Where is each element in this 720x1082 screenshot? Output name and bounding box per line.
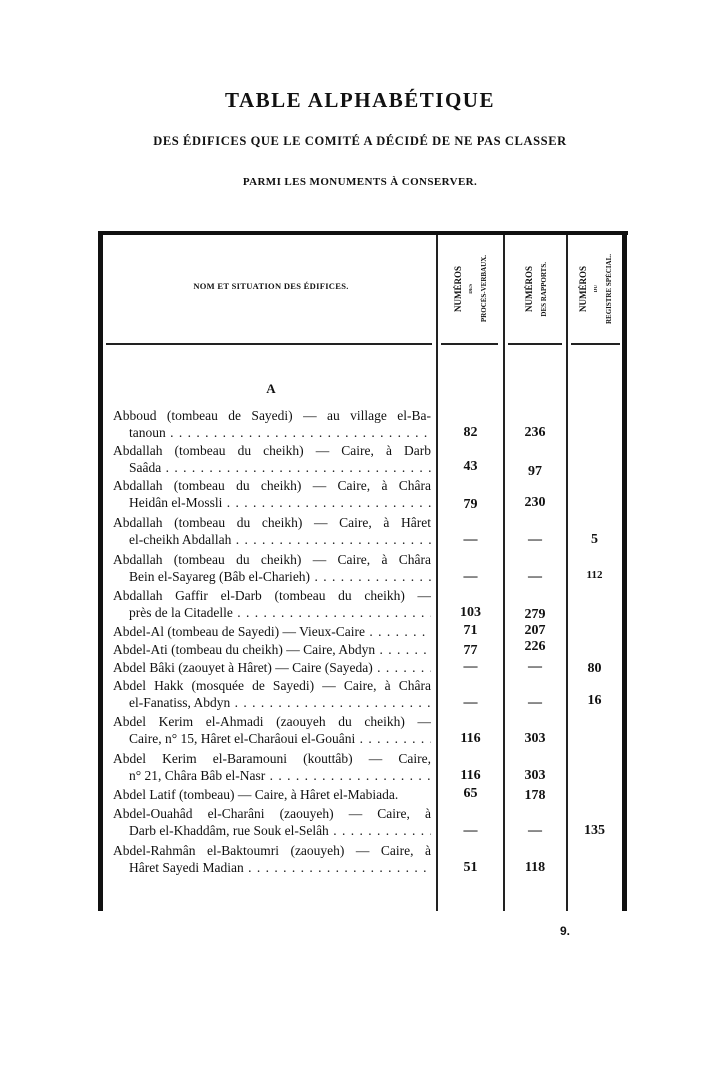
table-border-top	[98, 231, 628, 235]
rapport-number: —	[503, 823, 567, 839]
rapport-number: 230	[503, 495, 567, 511]
entry-location: Heidân el-Mossli	[113, 494, 431, 511]
table-border-right	[622, 231, 627, 911]
entry-location: el-cheikh Abdallah	[113, 531, 431, 548]
entry-name: Abdallah (tombeau du cheikh) — Caire, à …	[113, 551, 431, 568]
header-line: NUMÉROS	[453, 266, 463, 312]
column-header-rapports: NUMÉROS DES RAPPORTS.	[505, 239, 567, 339]
entry-name: Abdel Kerim el-Baramouni (kouttâb) — Cai…	[113, 750, 431, 767]
header-line: DU	[594, 285, 599, 292]
entry-location: Bein el-Sayareg (Bâb el-Charieh)	[113, 568, 431, 585]
header-line: DES RAPPORTS.	[540, 262, 548, 317]
rapport-number: —	[503, 695, 567, 711]
column-header-registre: NUMÉROS DU REGISTRE SPÉCIAL.	[568, 239, 622, 339]
page-subtitle-2: PARMI LES MONUMENTS À CONSERVER.	[0, 176, 720, 188]
page-number: 9.	[560, 924, 570, 938]
proces-verbal-number: 43	[438, 459, 503, 475]
entry-name: Abdel-Ouahâd el-Charâni (zaouyeh) — Cair…	[113, 805, 431, 822]
header-rule	[106, 343, 432, 345]
header-line: DES	[469, 284, 474, 294]
rapport-number: 226	[503, 639, 567, 655]
proces-verbal-number: 51	[438, 860, 503, 876]
rapport-number: —	[503, 569, 567, 585]
proces-verbal-number: 116	[438, 731, 503, 747]
entry-location: Hâret Sayedi Madian	[113, 859, 431, 876]
header-line: REGISTRE SPÉCIAL.	[605, 254, 613, 324]
proces-verbal-number: —	[438, 695, 503, 711]
proces-verbal-number: 77	[438, 643, 503, 659]
header-rule	[441, 343, 498, 345]
entry-name: Abdallah (tombeau du cheikh) — Caire, à …	[113, 477, 431, 494]
entry-location: Saâda	[113, 459, 431, 476]
header-rule	[508, 343, 562, 345]
proces-verbal-number: 71	[438, 623, 503, 639]
entry-name: Abdel Kerim el-Ahmadi (zaouyeh du cheikh…	[113, 713, 431, 730]
header-line: PROCÈS-VERBAUX.	[480, 255, 488, 322]
proces-verbal-number: 79	[438, 497, 503, 513]
rapport-number: 118	[503, 860, 567, 876]
entry-name: Abdel-Al (tombeau de Sayedi) — Vieux-Cai…	[113, 623, 431, 640]
entry-location: tanoun	[113, 424, 431, 441]
rapport-number: 279	[503, 607, 567, 623]
rapport-number: 236	[503, 425, 567, 441]
column-header-name: NOM ET SITUATION DES ÉDIFICES.	[106, 281, 436, 291]
rapport-number: 178	[503, 788, 567, 804]
entry-name: Abdel-Ati (tombeau du cheikh) — Caire, A…	[113, 641, 431, 658]
page-subtitle: DES ÉDIFICES QUE LE COMITÉ A DÉCIDÉ DE N…	[0, 134, 720, 149]
entry-location: Darb el-Khaddâm, rue Souk el-Selâh	[113, 822, 431, 839]
proces-verbal-number: 65	[438, 786, 503, 802]
proces-verbal-number: —	[438, 532, 503, 548]
proces-verbal-number: —	[438, 659, 503, 675]
entry-location: près de la Citadelle	[113, 604, 431, 621]
entry-location: el-Fanatiss, Abdyn	[113, 694, 431, 711]
header-line: NUMÉROS	[578, 266, 588, 312]
entry-name: Abdel-Rahmân el-Baktoumri (zaouyeh) — Ca…	[113, 842, 431, 859]
alphabetical-table: NOM ET SITUATION DES ÉDIFICES. NUMÉROS D…	[98, 231, 628, 911]
registre-number: 5	[567, 532, 622, 548]
entry-name: Abdallah (tombeau du cheikh) — Caire, à …	[113, 514, 431, 531]
header-rule	[571, 343, 620, 345]
entry-name: Abdallah Gaffir el-Darb (tombeau du chei…	[113, 587, 431, 604]
rapport-number: 97	[503, 464, 567, 480]
proces-verbal-number: 82	[438, 425, 503, 441]
header-line: NUMÉROS	[524, 266, 534, 312]
registre-number: 135	[567, 823, 622, 839]
rapport-number: 207	[503, 623, 567, 639]
rapport-number: 303	[503, 731, 567, 747]
registre-number: 16	[567, 693, 622, 709]
proces-verbal-number: 103	[438, 605, 503, 621]
rapport-number: —	[503, 659, 567, 675]
column-header-proces-verbaux: NUMÉROS DES PROCÈS-VERBAUX.	[438, 239, 503, 339]
entry-name: Abboud (tombeau de Sayedi) — au village …	[113, 407, 431, 424]
entry-location: n° 21, Châra Bâb el-Nasr	[113, 767, 431, 784]
entry-location: Caire, n° 15, Hâret el-Charâoui el-Gouân…	[113, 730, 431, 747]
rapport-number: —	[503, 532, 567, 548]
entry-name: Abdel Bâki (zaouyet à Hâret) — Caire (Sa…	[113, 659, 431, 676]
rapport-number: 303	[503, 768, 567, 784]
page-title: TABLE ALPHABÉTIQUE	[0, 88, 720, 113]
registre-number: 80	[567, 661, 622, 677]
proces-verbal-number: —	[438, 823, 503, 839]
table-border-left	[98, 231, 103, 911]
proces-verbal-number: —	[438, 569, 503, 585]
proces-verbal-number: 116	[438, 768, 503, 784]
entry-name: Abdel Hakk (mosquée de Sayedi) — Caire, …	[113, 677, 431, 694]
entry-name: Abdel Latif (tombeau) — Caire, à Hâret e…	[113, 786, 431, 803]
registre-number: 112	[567, 569, 622, 581]
section-letter: A	[106, 381, 436, 397]
entry-name: Abdallah (tombeau du cheikh) — Caire, à …	[113, 442, 431, 459]
